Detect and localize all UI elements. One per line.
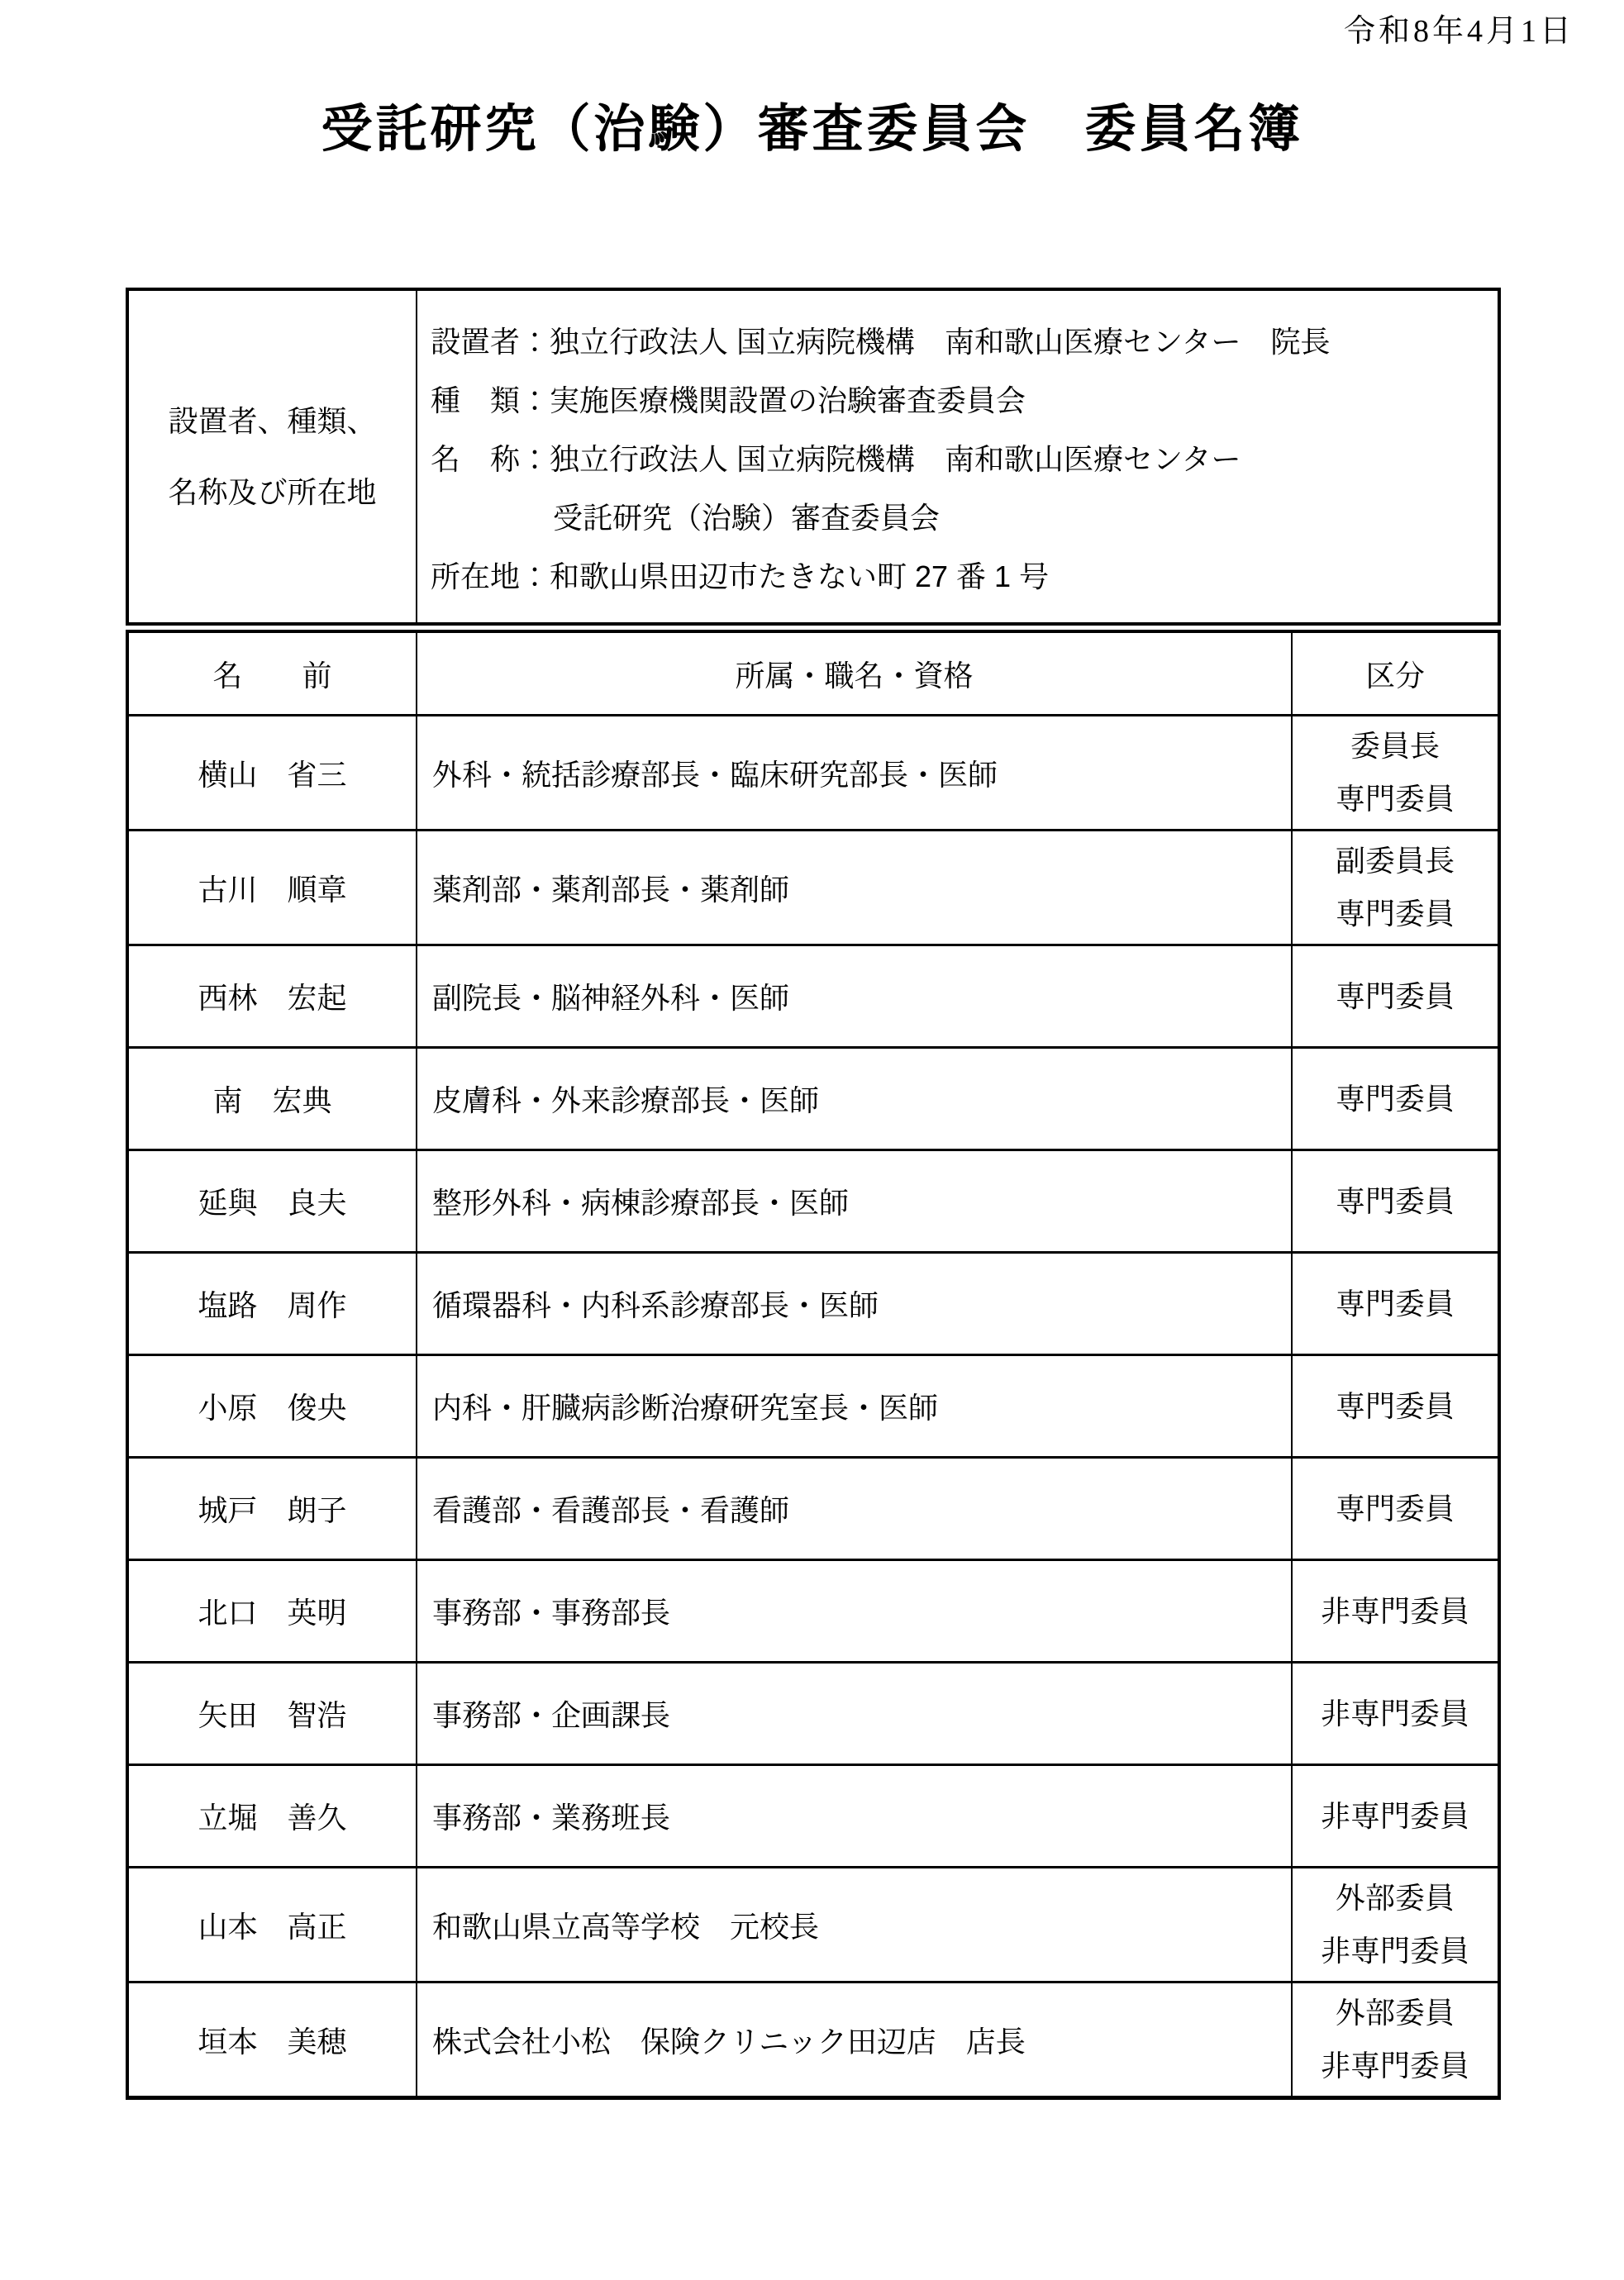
member-name: 古川 順章 — [127, 831, 417, 945]
member-category: 外部委員 非専門委員 — [1292, 1868, 1499, 1983]
header-name: 名 前 — [127, 628, 417, 716]
info-line-name: 名 称：独立行政法人 国立病院機構 南和歌山医療センター — [431, 430, 1489, 488]
member-category: 専門委員 — [1292, 1253, 1499, 1355]
header-category: 区分 — [1292, 628, 1499, 716]
table-row: 小原 俊央 内科・肝臓病診断治療研究室長・医師 専門委員 — [127, 1355, 1499, 1458]
member-affiliation: 皮膚科・外来診療部長・医師 — [417, 1048, 1292, 1150]
member-name: 塩路 周作 — [127, 1253, 417, 1355]
member-category: 副委員長 専門委員 — [1292, 831, 1499, 945]
member-name: 山本 高正 — [127, 1868, 417, 1983]
info-line-name-continued: 受託研究（治験）審査委員会 — [431, 488, 1489, 547]
table-row: 垣本 美穂 株式会社小松 保険クリニック田辺店 店長 外部委員 非専門委員 — [127, 1983, 1499, 2098]
member-category: 外部委員 非専門委員 — [1292, 1983, 1499, 2098]
document-date: 令和8年4月1日 — [1344, 5, 1574, 50]
member-name: 延與 良夫 — [127, 1150, 417, 1253]
header-affiliation: 所属・職名・資格 — [417, 628, 1292, 716]
member-affiliation: 循環器科・内科系診療部長・医師 — [417, 1253, 1292, 1355]
table-row: 横山 省三 外科・統括診療部長・臨床研究部長・医師 委員長 専門委員 — [127, 716, 1499, 831]
member-affiliation: 事務部・業務班長 — [417, 1765, 1292, 1868]
table-row: 矢田 智浩 事務部・企画課長 非専門委員 — [127, 1663, 1499, 1765]
table-row: 立堀 善久 事務部・業務班長 非専門委員 — [127, 1765, 1499, 1868]
member-name: 西林 宏起 — [127, 945, 417, 1048]
member-affiliation: 内科・肝臓病診断治療研究室長・医師 — [417, 1355, 1292, 1458]
table-header-row: 名 前 所属・職名・資格 区分 — [127, 628, 1499, 716]
member-affiliation: 株式会社小松 保険クリニック田辺店 店長 — [417, 1983, 1292, 2098]
member-category: 専門委員 — [1292, 1458, 1499, 1560]
member-affiliation: 薬剤部・薬剤部長・薬剤師 — [417, 831, 1292, 945]
member-affiliation: 和歌山県立高等学校 元校長 — [417, 1868, 1292, 1983]
member-name: 北口 英明 — [127, 1560, 417, 1663]
info-line-establisher: 設置者：独立行政法人 国立病院機構 南和歌山医療センター 院長 — [431, 312, 1489, 371]
member-name: 立堀 善久 — [127, 1765, 417, 1868]
member-category: 委員長 専門委員 — [1292, 716, 1499, 831]
table-row: 南 宏典 皮膚科・外来診療部長・医師 専門委員 — [127, 1048, 1499, 1150]
member-name: 城戸 朗子 — [127, 1458, 417, 1560]
table-row: 塩路 周作 循環器科・内科系診療部長・医師 専門委員 — [127, 1253, 1499, 1355]
document-page: { "date": "令和8年4月1日", "title": "受託研究（治験）… — [0, 0, 1624, 2280]
info-line-address: 所在地：和歌山県田辺市たきない町 27 番 1 号 — [431, 547, 1489, 606]
member-name: 垣本 美穂 — [127, 1983, 417, 2098]
info-lines: 設置者：独立行政法人 国立病院機構 南和歌山医療センター 院長 種 類：実施医療… — [417, 291, 1498, 622]
table-row: 古川 順章 薬剤部・薬剤部長・薬剤師 副委員長 専門委員 — [127, 831, 1499, 945]
member-category: 非専門委員 — [1292, 1663, 1499, 1765]
member-name: 南 宏典 — [127, 1048, 417, 1150]
table-row: 西林 宏起 副院長・脳神経外科・医師 専門委員 — [127, 945, 1499, 1048]
member-affiliation: 看護部・看護部長・看護師 — [417, 1458, 1292, 1560]
info-row: 設置者、種類、 名称及び所在地 設置者：独立行政法人 国立病院機構 南和歌山医療… — [127, 289, 1499, 628]
page-title: 受託研究（治験）審査委員会 委員名簿 — [0, 88, 1624, 161]
member-name: 矢田 智浩 — [127, 1663, 417, 1765]
table-row: 北口 英明 事務部・事務部長 非専門委員 — [127, 1560, 1499, 1663]
table-row: 山本 高正 和歌山県立高等学校 元校長 外部委員 非専門委員 — [127, 1868, 1499, 1983]
member-affiliation: 整形外科・病棟診療部長・医師 — [417, 1150, 1292, 1253]
member-affiliation: 外科・統括診療部長・臨床研究部長・医師 — [417, 716, 1292, 831]
member-category: 専門委員 — [1292, 1048, 1499, 1150]
member-affiliation: 事務部・事務部長 — [417, 1560, 1292, 1663]
table-row: 延與 良夫 整形外科・病棟診療部長・医師 専門委員 — [127, 1150, 1499, 1253]
member-category: 専門委員 — [1292, 1355, 1499, 1458]
info-line-type: 種 類：実施医療機関設置の治験審査委員会 — [431, 371, 1489, 430]
member-category: 専門委員 — [1292, 945, 1499, 1048]
info-row-body: 設置者：独立行政法人 国立病院機構 南和歌山医療センター 院長 種 類：実施医療… — [417, 289, 1499, 628]
info-row-label: 設置者、種類、 名称及び所在地 — [127, 289, 417, 628]
member-category: 専門委員 — [1292, 1150, 1499, 1253]
member-name: 小原 俊央 — [127, 1355, 417, 1458]
member-affiliation: 事務部・企画課長 — [417, 1663, 1292, 1765]
table-row: 城戸 朗子 看護部・看護部長・看護師 専門委員 — [127, 1458, 1499, 1560]
member-category: 非専門委員 — [1292, 1765, 1499, 1868]
member-affiliation: 副院長・脳神経外科・医師 — [417, 945, 1292, 1048]
committee-table: 設置者、種類、 名称及び所在地 設置者：独立行政法人 国立病院機構 南和歌山医療… — [126, 288, 1501, 2100]
member-name: 横山 省三 — [127, 716, 417, 831]
member-category: 非専門委員 — [1292, 1560, 1499, 1663]
